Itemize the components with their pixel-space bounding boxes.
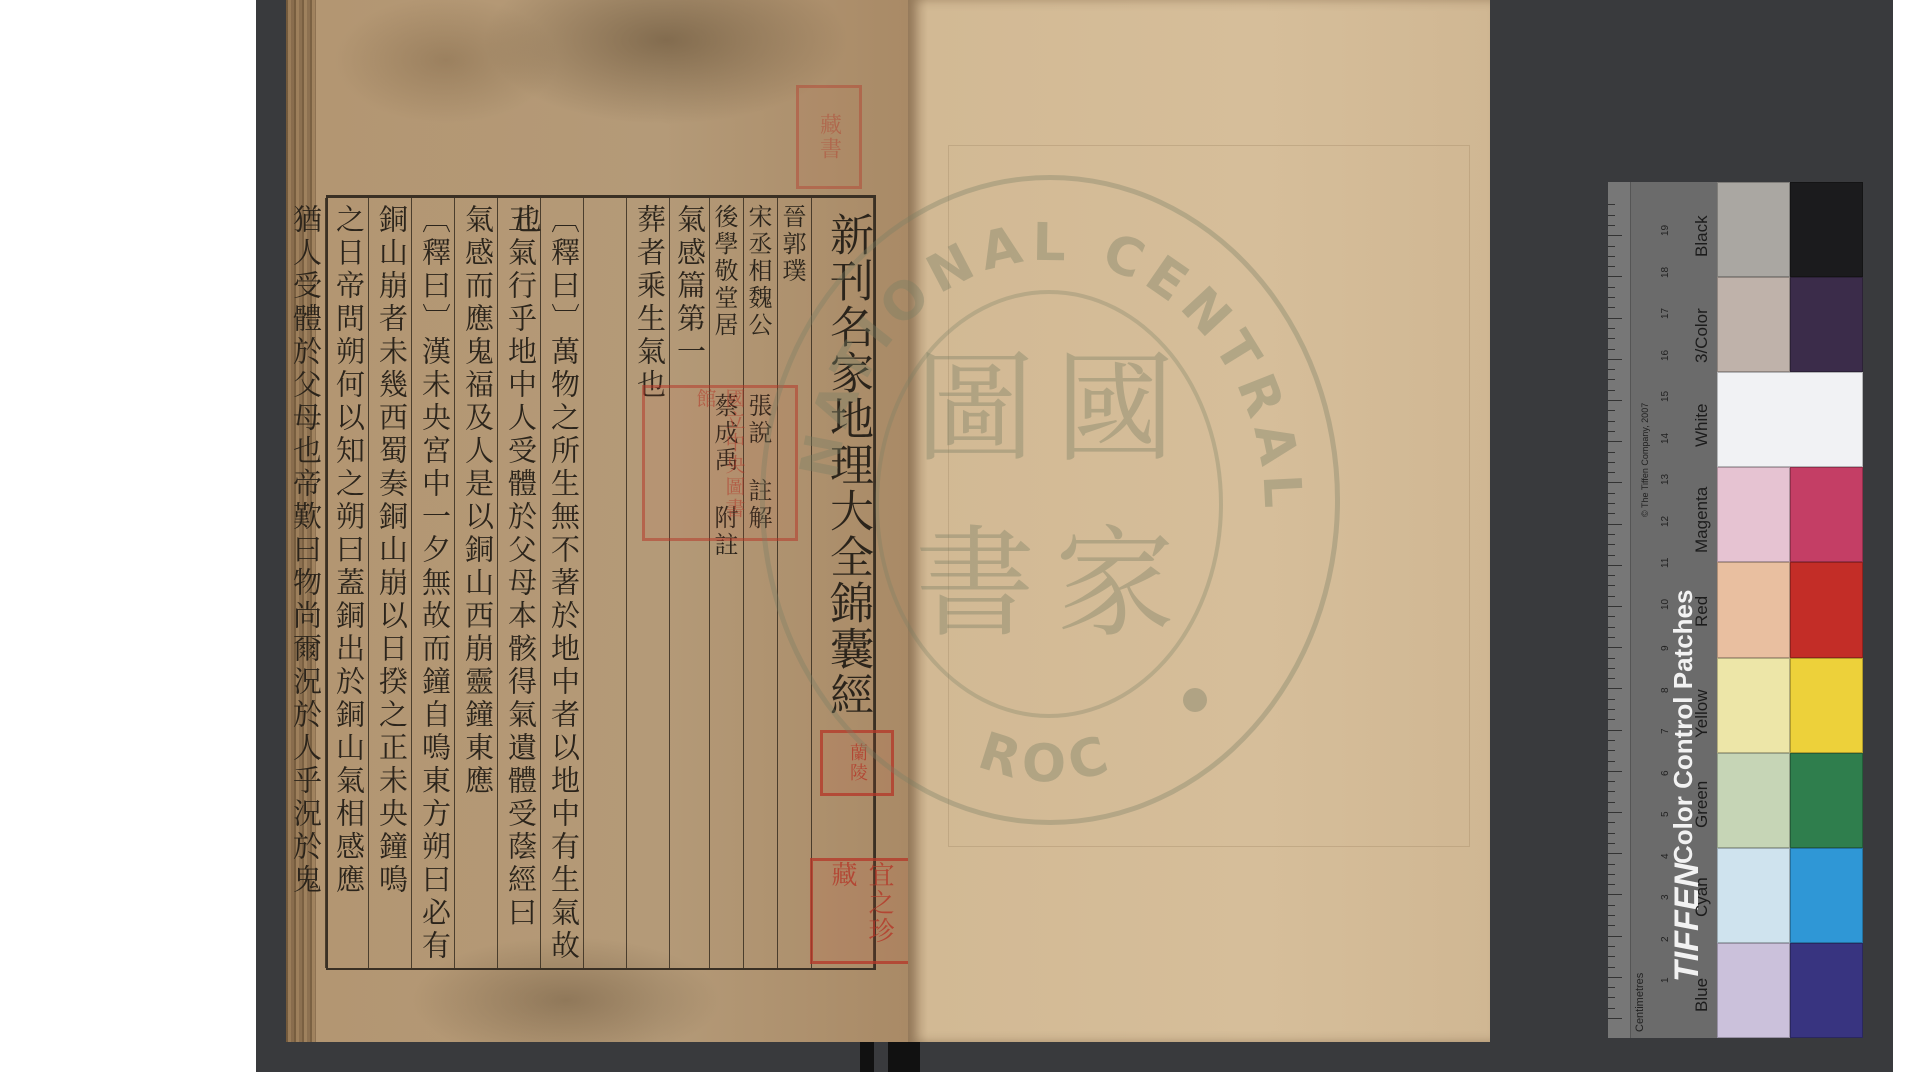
ruler-tick bbox=[1608, 534, 1615, 535]
ruler-tick bbox=[1608, 266, 1615, 267]
ruler-tick bbox=[1608, 647, 1622, 648]
text-column: 氣感而應鬼福及人是以銅山西崩靈鐘東應 bbox=[455, 198, 498, 968]
ruler-tick bbox=[1608, 802, 1615, 803]
text-column: 之日帝問朔何以知之朔曰蓋銅出於銅山氣相感應 bbox=[326, 198, 369, 968]
ruler-tick bbox=[1608, 1008, 1615, 1009]
ruler-tick bbox=[1608, 791, 1615, 792]
patch-3-color-light bbox=[1717, 277, 1790, 372]
patch-magenta-dark bbox=[1790, 467, 1863, 562]
ruler-tick bbox=[1608, 307, 1615, 308]
book-title: 新刊名家地理大全錦囊經 bbox=[812, 198, 874, 968]
text-column: 五氣行乎地中人受體於父母本骸得氣遺體受蔭經曰 bbox=[498, 198, 541, 968]
ruler-tick bbox=[1608, 750, 1615, 751]
ruler-number: 2 bbox=[1660, 936, 1671, 942]
ruler-tick bbox=[1608, 441, 1622, 442]
ruler-tick bbox=[1608, 874, 1615, 875]
ruler-tick bbox=[1608, 379, 1615, 380]
ruler-tick bbox=[1608, 225, 1615, 226]
ruler-tick bbox=[1608, 637, 1615, 638]
ruler-tick bbox=[1608, 709, 1615, 710]
text-column: 猶人受體於父母也帝歎曰物尚爾況於人乎況於鬼 bbox=[283, 198, 326, 968]
author-line: 宋丞相魏公 張說 註解 bbox=[744, 198, 778, 968]
patch-label: Green bbox=[1692, 780, 1712, 827]
ruler-tick bbox=[1608, 616, 1615, 617]
ruler-number: 16 bbox=[1660, 349, 1671, 360]
large-seal: 宜之珍藏 bbox=[810, 858, 912, 964]
ruler-tick bbox=[1608, 235, 1622, 236]
spine-shadow-right bbox=[888, 1042, 920, 1072]
ruler-tick bbox=[1608, 740, 1615, 741]
ruler-tick bbox=[1608, 719, 1615, 720]
ruler-tick bbox=[1608, 410, 1615, 411]
ruler-number: 7 bbox=[1660, 728, 1671, 734]
text-column bbox=[584, 198, 627, 968]
ruler-tick bbox=[1608, 678, 1615, 679]
ruler-tick bbox=[1608, 524, 1622, 525]
ruler-tick bbox=[1608, 915, 1615, 916]
color-patches bbox=[1717, 182, 1863, 1038]
ruler-number: 17 bbox=[1660, 308, 1671, 319]
ruler-number: 11 bbox=[1660, 558, 1671, 568]
ruler-tick bbox=[1608, 894, 1622, 895]
patch-yellow-light bbox=[1717, 658, 1790, 753]
ruler-tick bbox=[1608, 864, 1615, 865]
ruler-tick bbox=[1608, 781, 1615, 782]
ruler-number: 6 bbox=[1660, 770, 1671, 776]
ruler-tick bbox=[1608, 328, 1615, 329]
ruler-tick bbox=[1608, 297, 1615, 298]
book-spread: 藏書 新刊名家地理大全錦囊經晉郭璞宋丞相魏公 張說 註解後學敬堂居 蔡成禹 附註… bbox=[286, 0, 1490, 1042]
right-page bbox=[908, 0, 1490, 1042]
ruler-tick bbox=[1608, 431, 1615, 432]
patch-label: White bbox=[1692, 404, 1712, 447]
ruler-tick bbox=[1608, 513, 1615, 514]
color-calibration-chart: TIFFEN Color Control Patches Centimetres… bbox=[1608, 182, 1863, 1038]
patch-label: Red bbox=[1692, 595, 1712, 626]
ruler-tick bbox=[1608, 472, 1615, 473]
author-line: 後學敬堂居 蔡成禹 附註 bbox=[710, 198, 744, 968]
ruler-tick bbox=[1608, 287, 1615, 288]
ruler-tick bbox=[1608, 606, 1622, 607]
author-line: 晉郭璞 bbox=[778, 198, 812, 968]
patch-label: Black bbox=[1692, 215, 1712, 257]
chart-copyright: © The Tiffen Company, 2007 bbox=[1640, 403, 1650, 517]
ruler-tick bbox=[1608, 585, 1615, 586]
ruler-tick bbox=[1608, 761, 1615, 762]
patch-red-light bbox=[1717, 562, 1790, 657]
patch-yellow-dark bbox=[1790, 658, 1863, 753]
ruler-number: 18 bbox=[1660, 266, 1671, 277]
ruler-tick bbox=[1608, 462, 1615, 463]
patch-label: Blue bbox=[1692, 978, 1712, 1012]
small-seal: 蘭陵 bbox=[820, 730, 894, 796]
patch-label: 3/Color bbox=[1692, 308, 1712, 363]
ruler-number: 15 bbox=[1660, 391, 1671, 402]
ruler-number: 12 bbox=[1660, 515, 1671, 526]
patch-label: Magenta bbox=[1692, 487, 1712, 553]
ruler-tick bbox=[1608, 946, 1615, 947]
ruler-number: 19 bbox=[1660, 225, 1671, 236]
ruler-tick bbox=[1608, 843, 1615, 844]
ruler-tick bbox=[1608, 596, 1615, 597]
ruler-tick bbox=[1608, 936, 1622, 937]
ruler-tick bbox=[1608, 822, 1615, 823]
ruler-tick bbox=[1608, 771, 1622, 772]
patch-green-light bbox=[1717, 753, 1790, 848]
patch-3-color-dark bbox=[1790, 277, 1863, 372]
patch-label: Yellow bbox=[1692, 690, 1712, 739]
ruler-tick bbox=[1608, 503, 1615, 504]
ruler-tick bbox=[1608, 400, 1622, 401]
top-seal: 藏書 bbox=[796, 85, 862, 189]
ruler-number: 13 bbox=[1660, 474, 1671, 485]
ruler-tick bbox=[1608, 555, 1615, 556]
ruler-tick bbox=[1608, 565, 1622, 566]
text-column: 銅山崩者未幾西蜀奏銅山崩以日揆之正未央鐘鳴 bbox=[369, 198, 412, 968]
ruler-tick bbox=[1608, 349, 1615, 350]
text-column: 〔釋曰〕萬物之所生無不著於地中者以地中有生氣故也 bbox=[541, 198, 584, 968]
spine-shadow-left bbox=[860, 1042, 874, 1072]
ruler-number: 3 bbox=[1660, 894, 1671, 900]
ruler-tick bbox=[1608, 256, 1615, 257]
ruler-tick bbox=[1608, 390, 1615, 391]
left-page: 藏書 新刊名家地理大全錦囊經晉郭璞宋丞相魏公 張說 註解後學敬堂居 蔡成禹 附註… bbox=[286, 0, 910, 1042]
patch-black-light bbox=[1717, 182, 1790, 277]
ruler-number: 4 bbox=[1660, 853, 1671, 859]
text-column: 〔釋曰〕漢未央宮中一夕無故而鐘自鳴東方朔曰必有 bbox=[412, 198, 455, 968]
patch-cyan-dark bbox=[1790, 848, 1863, 943]
ruler-tick bbox=[1608, 493, 1615, 494]
ruler-tick bbox=[1608, 967, 1615, 968]
ruler-tick bbox=[1608, 925, 1615, 926]
chart-units: Centimetres bbox=[1634, 973, 1646, 1032]
ruler-tick bbox=[1608, 204, 1615, 205]
patch-green-dark bbox=[1790, 753, 1863, 848]
ruler bbox=[1608, 182, 1631, 1038]
ruler-number: 9 bbox=[1660, 645, 1671, 651]
ruler-tick bbox=[1608, 956, 1615, 957]
ruler-number: 5 bbox=[1660, 811, 1671, 817]
patch-white bbox=[1717, 372, 1863, 467]
ruler-tick bbox=[1608, 544, 1615, 545]
patch-blue-light bbox=[1717, 943, 1790, 1038]
patch-black-dark bbox=[1790, 182, 1863, 277]
ruler-tick bbox=[1608, 318, 1622, 319]
patch-red-dark bbox=[1790, 562, 1863, 657]
woodblock-text-frame: 新刊名家地理大全錦囊經晉郭璞宋丞相魏公 張說 註解後學敬堂居 蔡成禹 附註氣感篇… bbox=[326, 195, 876, 970]
ruler-tick bbox=[1608, 215, 1615, 216]
ruler-tick bbox=[1608, 730, 1622, 731]
ruler-number: 1 bbox=[1660, 977, 1671, 983]
ruler-tick bbox=[1608, 276, 1622, 277]
ruler-tick bbox=[1608, 1018, 1622, 1019]
ruler-tick bbox=[1608, 688, 1622, 689]
patch-cyan-light bbox=[1717, 848, 1790, 943]
ruler-tick bbox=[1608, 812, 1622, 813]
ruler-tick bbox=[1608, 452, 1615, 453]
ruler-tick bbox=[1608, 997, 1615, 998]
ruler-tick bbox=[1608, 977, 1622, 978]
ruler-tick bbox=[1608, 575, 1615, 576]
ruler-tick bbox=[1608, 699, 1615, 700]
ruler-tick bbox=[1608, 833, 1615, 834]
ruler-tick bbox=[1608, 369, 1615, 370]
patch-label: Cyan bbox=[1692, 878, 1712, 918]
patch-blue-dark bbox=[1790, 943, 1863, 1038]
ruler-tick bbox=[1608, 338, 1615, 339]
ruler-tick bbox=[1608, 853, 1622, 854]
ruler-number: 10 bbox=[1660, 598, 1671, 609]
patch-magenta-light bbox=[1717, 467, 1790, 562]
ruler-number: 8 bbox=[1660, 687, 1671, 693]
ghost-frame bbox=[948, 145, 1470, 847]
ruler-tick bbox=[1608, 905, 1615, 906]
text-column: 葬者乘生氣也 bbox=[627, 198, 670, 968]
chart-label-strip: TIFFEN Color Control Patches Centimetres… bbox=[1630, 182, 1717, 1038]
center-seal: 國立中央圖書館 bbox=[642, 385, 798, 541]
ruler-tick bbox=[1608, 658, 1615, 659]
ruler-tick bbox=[1608, 884, 1615, 885]
ruler-tick bbox=[1608, 987, 1615, 988]
ruler-tick bbox=[1608, 668, 1615, 669]
chapter-heading: 氣感篇第一 bbox=[670, 198, 710, 968]
ruler-number: 14 bbox=[1660, 432, 1671, 443]
ruler-tick bbox=[1608, 246, 1615, 247]
ruler-tick bbox=[1608, 359, 1622, 360]
ruler-tick bbox=[1608, 421, 1615, 422]
ruler-tick bbox=[1608, 627, 1615, 628]
ruler-tick bbox=[1608, 482, 1622, 483]
